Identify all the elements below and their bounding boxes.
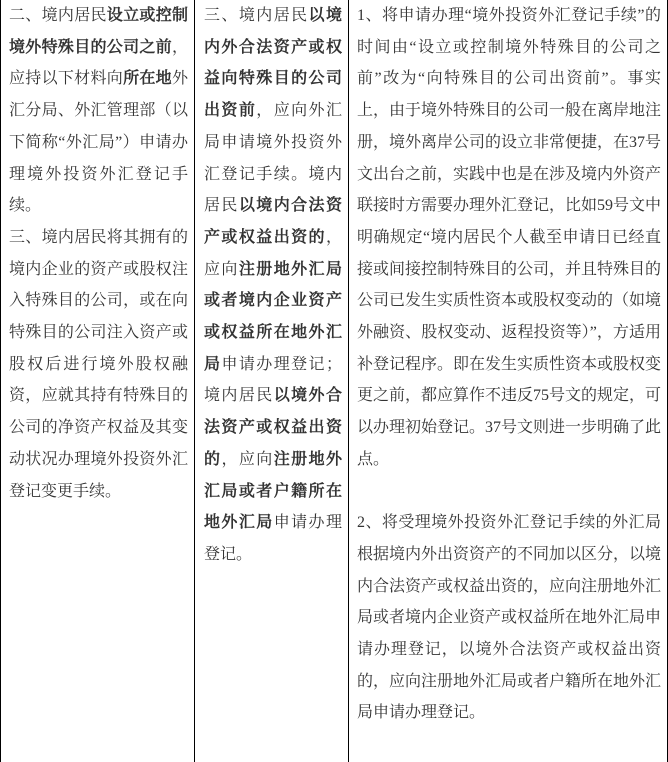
text-run: 2、将受理境外投资外汇登记手续的外汇局根据境内外出资资产的不同加以区分，以境内合… [357,514,661,721]
text-run: ，应向 [221,451,273,468]
emphasized-text-run: 所在地 [123,70,172,87]
paragraph: 1、将申请办理“境外投资外汇登记手续”的时间由“设立或控制境外特殊目的公司之前”… [357,0,661,476]
paragraph: 三、境内居民将其拥有的境内企业的资产或股权注入特殊目的公司，或在向特殊目的公司注… [9,222,188,507]
paragraph: 三、境内居民以境内外合法资产或权益向特殊目的公司出资前，应向外汇局申请境外投资外… [204,0,342,571]
text-run: 三、境内居民将其拥有的境内企业的资产或股权注入特殊目的公司，或在向特殊目的公司注… [9,229,188,500]
text-run: 三、境内居民 [204,7,309,24]
regulation-comparison-table: 二、境内居民设立或控制境外特殊目的公司之前，应持以下材料向所在地外汇分局、外汇管… [0,0,668,762]
text-run: 二、境内居民 [9,7,107,24]
table-cell-middle: 三、境内居民以境内外合法资产或权益向特殊目的公司出资前，应向外汇局申请境外投资外… [195,0,349,762]
paragraph: 二、境内居民设立或控制境外特殊目的公司之前，应持以下材料向所在地外汇分局、外汇管… [9,0,188,222]
paragraph: 2、将受理境外投资外汇登记手续的外汇局根据境内外出资资产的不同加以区分，以境内合… [357,507,661,729]
table-cell-left: 二、境内居民设立或控制境外特殊目的公司之前，应持以下材料向所在地外汇分局、外汇管… [1,0,195,762]
table-cell-right: 1、将申请办理“境外投资外汇登记手续”的时间由“设立或控制境外特殊目的公司之前”… [349,0,667,762]
text-run: 外汇分局、外汇管理部（以下简称“外汇局”）申请办理境外投资外汇登记手续。 [9,70,188,214]
text-run: 1、将申请办理“境外投资外汇登记手续”的时间由“设立或控制境外特殊目的公司之前”… [357,7,661,468]
